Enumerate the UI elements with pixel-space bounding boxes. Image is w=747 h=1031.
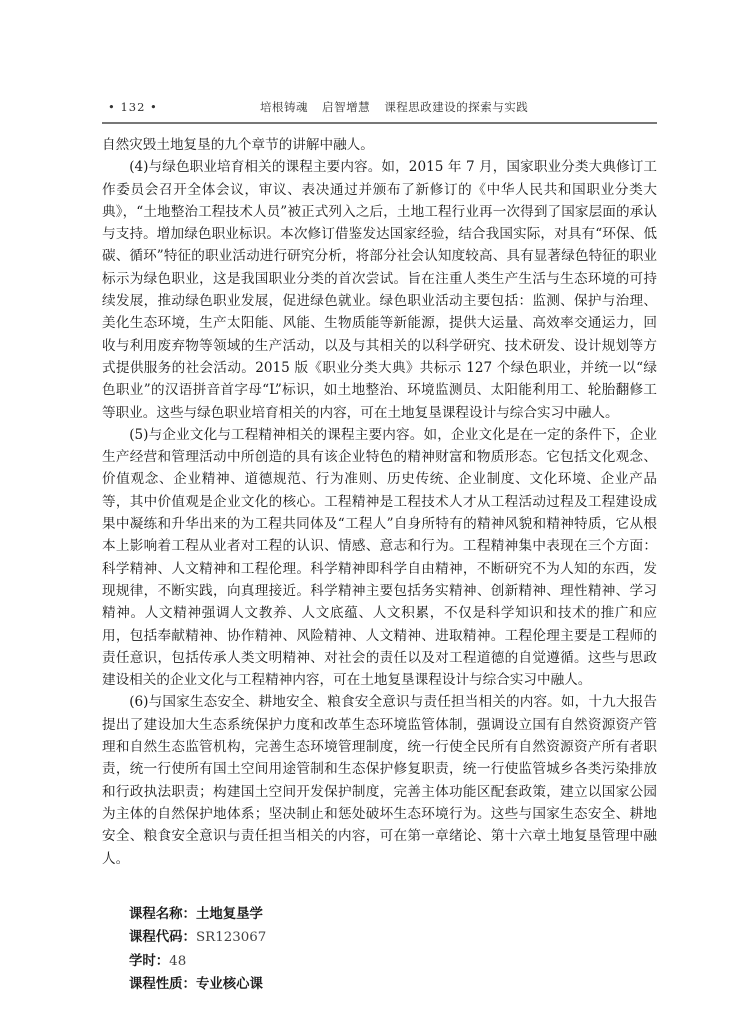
paragraph-enterprise-culture: (5)与企业文化与工程精神相关的课程主要内容。如，企业文化是在一定的条件下，企业…: [102, 424, 657, 692]
course-name-value: 土地复垦学: [196, 907, 263, 922]
document-page: • 132 • 培根铸魂 启智增慧 课程思政建设的探索与实践 自然灾毁土地复垦的…: [102, 96, 657, 997]
course-hours-row: 学时：48: [129, 950, 657, 974]
running-title-part: 启智增慧: [322, 100, 370, 114]
page-number: • 132 •: [102, 100, 248, 114]
course-nature-row: 课程性质：专业核心课: [129, 973, 657, 997]
course-code-row: 课程代码：SR123067: [129, 926, 657, 950]
course-name-row: 课程名称：土地复垦学: [129, 903, 657, 927]
body-text: 自然灾毁土地复垦的九个章节的讲解中融人。 (4)与绿色职业培育相关的课程主要内容…: [102, 134, 657, 870]
course-hours-value: 48: [169, 954, 186, 969]
running-title-part: 培根铸魂: [260, 100, 308, 114]
running-title: 培根铸魂 启智增慧 课程思政建设的探索与实践: [248, 99, 657, 115]
course-name-label: 课程名称：: [129, 907, 196, 922]
paragraph-ecological-security: (6)与国家生态安全、耕地安全、粮食安全意识与责任担当相关的内容。如，十九大报告…: [102, 691, 657, 869]
paragraph-green-occupation: (4)与绿色职业培育相关的课程主要内容。如，2015 年 7 月，国家职业分类大…: [102, 156, 657, 424]
course-hours-label: 学时：: [129, 954, 169, 969]
paragraph-continuation: 自然灾毁土地复垦的九个章节的讲解中融人。: [102, 134, 657, 156]
course-info: 课程名称：土地复垦学 课程代码：SR123067 学时：48 课程性质：专业核心…: [102, 903, 657, 997]
running-header: • 132 • 培根铸魂 启智增慧 课程思政建设的探索与实践: [102, 96, 657, 124]
course-code-label: 课程代码：: [129, 930, 196, 945]
course-nature-label: 课程性质：: [129, 977, 196, 992]
course-nature-value: 专业核心课: [196, 977, 263, 992]
course-code-value: SR123067: [196, 930, 266, 945]
running-title-part: 课程思政建设的探索与实践: [384, 100, 528, 114]
